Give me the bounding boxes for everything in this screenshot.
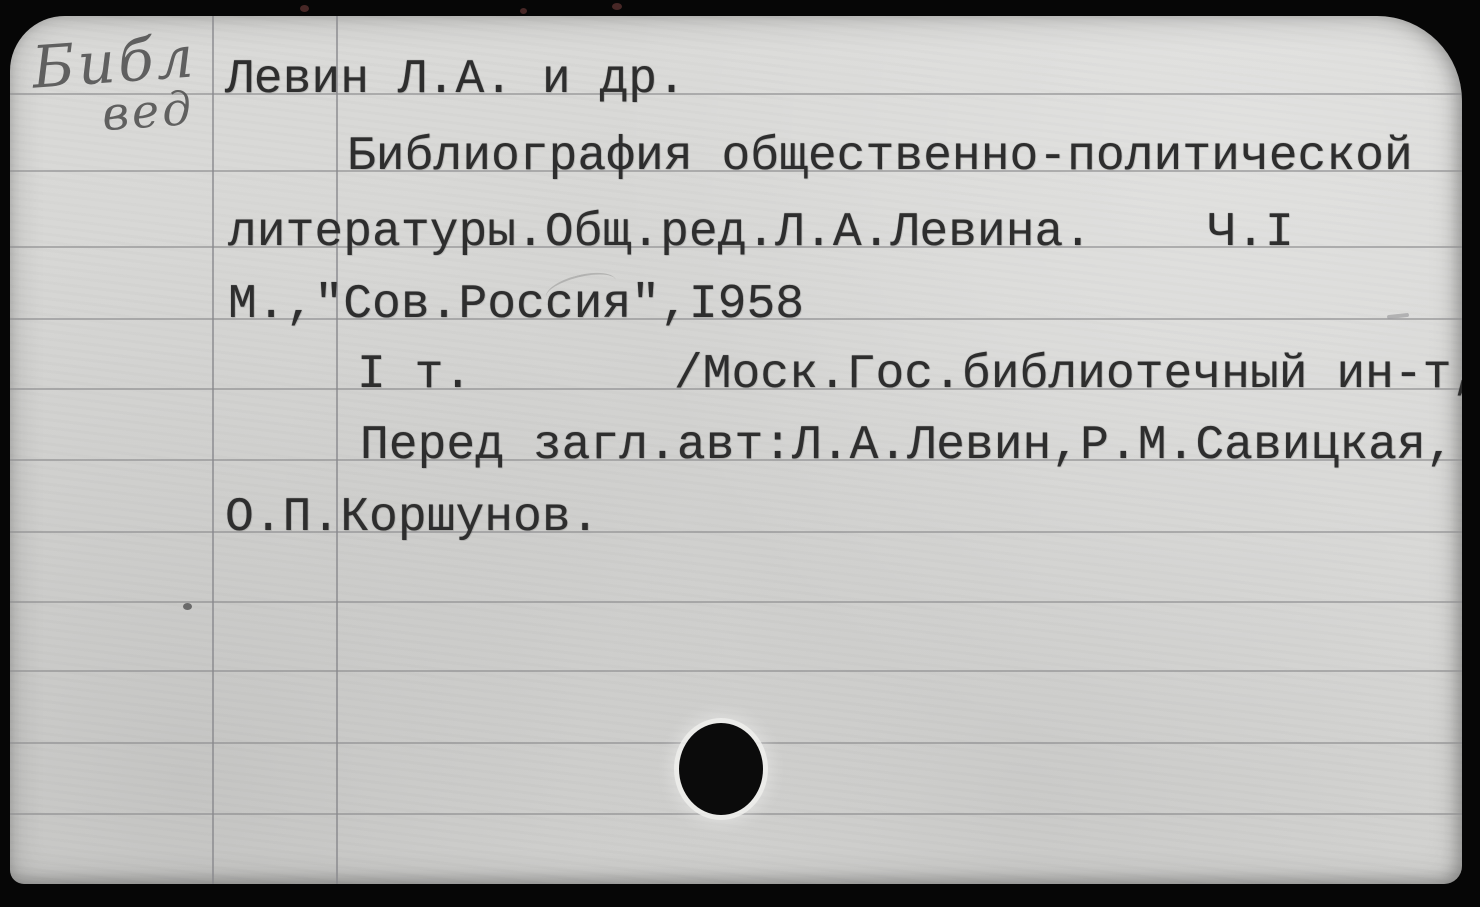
punch-hole-mark (679, 723, 763, 815)
typed-line-author-heading: Левин Л.А. и др. (225, 56, 686, 104)
scan-background: Библ вед Левин Л.А. и др. Библиография о… (0, 0, 1480, 907)
typed-line-title: Библиография общественно-политической (347, 133, 1413, 181)
rule-line-horizontal (10, 601, 1462, 603)
typed-line-volume-institute: I т. /Моск.Гос.библиотечный ин-т, (357, 351, 1462, 399)
typed-line-authors-note: Перед загл.авт:Л.А.Левин,Р.М.Савицкая, (360, 422, 1455, 470)
rule-line-horizontal (10, 813, 1462, 815)
ink-speck (183, 603, 192, 610)
scan-edge-speck (612, 3, 622, 10)
typed-line-title-continuation: литературы.Общ.ред.Л.А.Левина. Ч.I (228, 209, 1294, 257)
rule-line-vertical (212, 16, 214, 884)
rule-line-horizontal (10, 670, 1462, 672)
typed-line-imprint: М.,"Сов.Россия",I958 (228, 281, 804, 329)
rule-line-vertical (336, 16, 338, 884)
typed-line-authors-continuation: О.П.Коршунов. (225, 494, 599, 542)
scan-edge-speck (520, 8, 527, 14)
catalog-card: Библ вед Левин Л.А. и др. Библиография о… (10, 16, 1462, 884)
call-number-line-2: вед (100, 81, 196, 141)
scan-edge-speck (300, 5, 309, 12)
